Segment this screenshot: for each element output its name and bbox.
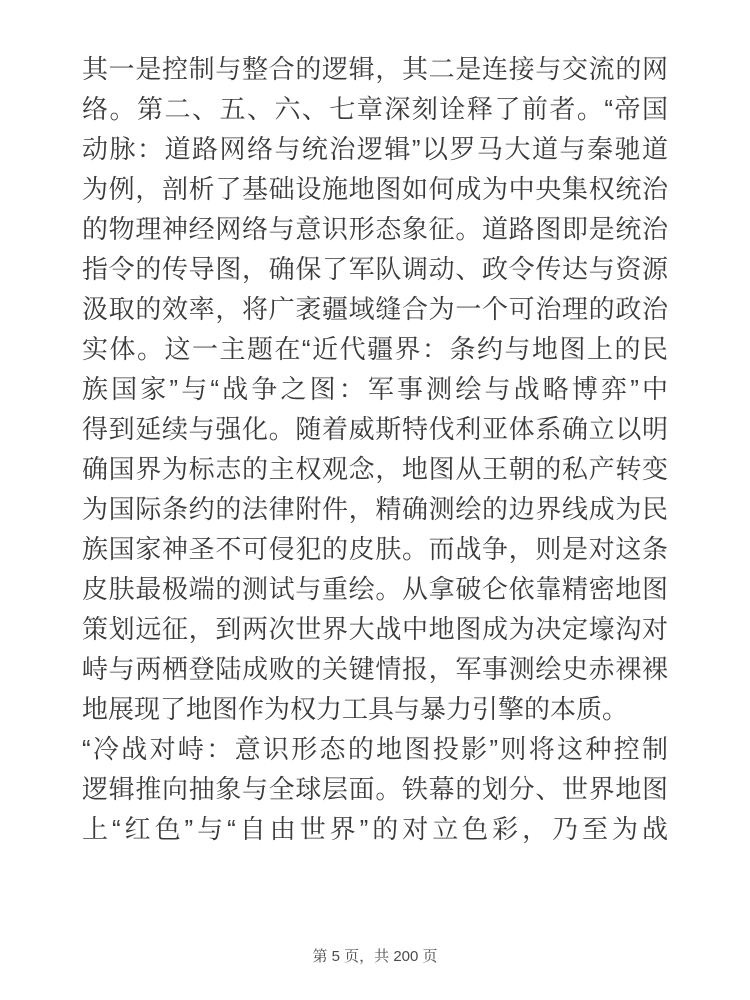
- page-number: 第 5 页，共 200 页: [0, 945, 750, 966]
- text-line: 为国际条约的法律附件，精确测绘的边界线成为民: [82, 489, 668, 529]
- text-line: 动脉：道路网络与统治逻辑”以罗马大道与秦驰道: [82, 129, 668, 169]
- text-line-paragraph-end: 地展现了地图作为权力工具与暴力引擎的本质。: [82, 689, 668, 729]
- text-line: 上“红色”与“自由世界”的对立色彩，乃至为战: [82, 809, 668, 849]
- text-line: 族国家”与“战争之图：军事测绘与战略博弈”中: [82, 369, 668, 409]
- text-line: “冷战对峙：意识形态的地图投影”则将这种控制: [82, 729, 668, 769]
- document-body: 其一是控制与整合的逻辑，其二是连接与交流的网 络。第二、五、六、七章深刻诠释了前…: [82, 49, 668, 849]
- text-line: 确国界为标志的主权观念，地图从王朝的私产转变: [82, 449, 668, 489]
- text-line: 皮肤最极端的测试与重绘。从拿破仑依靠精密地图: [82, 569, 668, 609]
- text-line: 峙与两栖登陆成败的关键情报，军事测绘史赤裸裸: [82, 649, 668, 689]
- text-line: 逻辑推向抽象与全球层面。铁幕的划分、世界地图: [82, 769, 668, 809]
- text-line: 汲取的效率，将广袤疆域缝合为一个可治理的政治: [82, 289, 668, 329]
- text-line: 指令的传导图，确保了军队调动、政令传达与资源: [82, 249, 668, 289]
- text-line: 得到延续与强化。随着威斯特伐利亚体系确立以明: [82, 409, 668, 449]
- text-line: 实体。这一主题在“近代疆界：条约与地图上的民: [82, 329, 668, 369]
- text-line: 的物理神经网络与意识形态象征。道路图即是统治: [82, 209, 668, 249]
- text-line: 其一是控制与整合的逻辑，其二是连接与交流的网: [82, 49, 668, 89]
- document-page: 其一是控制与整合的逻辑，其二是连接与交流的网 络。第二、五、六、七章深刻诠释了前…: [0, 0, 750, 1000]
- text-line: 族国家神圣不可侵犯的皮肤。而战争，则是对这条: [82, 529, 668, 569]
- text-line: 策划远征，到两次世界大战中地图成为决定壕沟对: [82, 609, 668, 649]
- text-line: 络。第二、五、六、七章深刻诠释了前者。“帝国: [82, 89, 668, 129]
- text-line: 为例，剖析了基础设施地图如何成为中央集权统治: [82, 169, 668, 209]
